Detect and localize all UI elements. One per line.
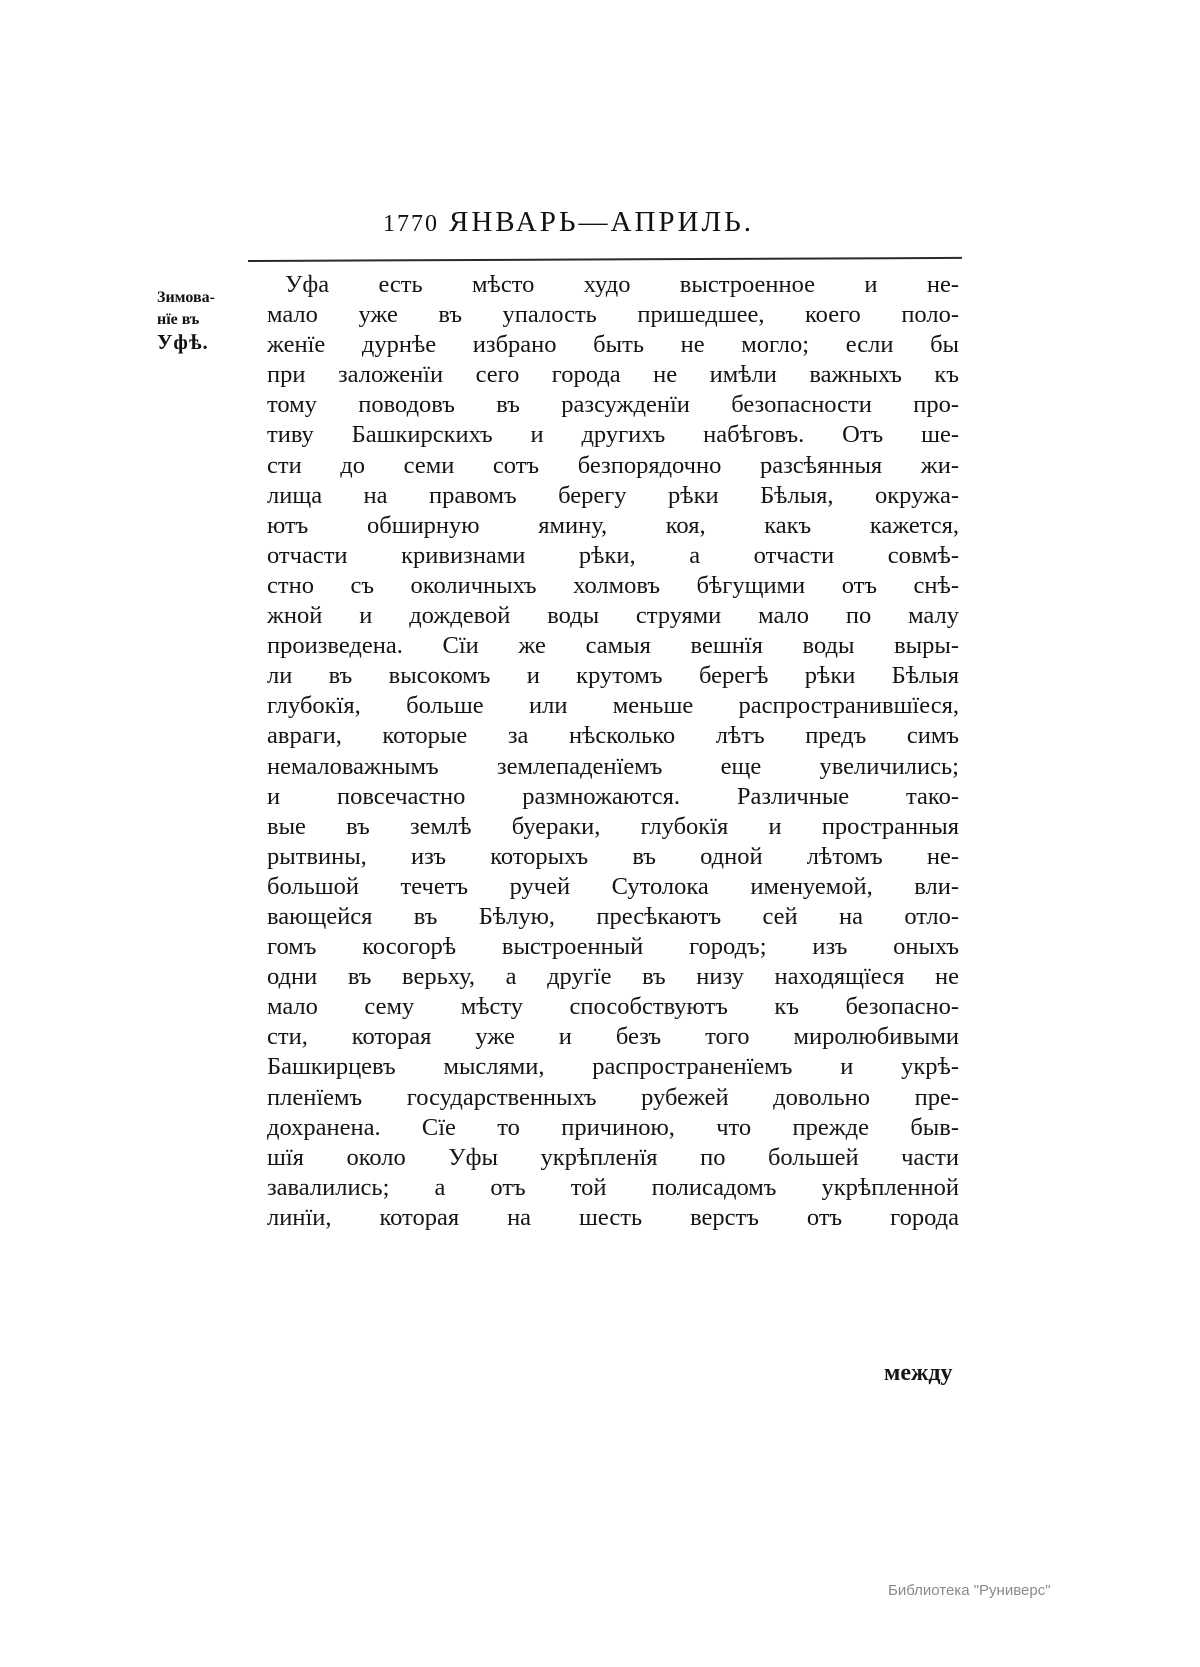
page-title: ЯНВАРЬ—АПРИЛЬ. [449, 206, 754, 238]
text-line: жной и дождевой воды струями мало по мал… [267, 601, 959, 631]
text-line: дохранена. Сїе то причиною, что прежде б… [267, 1113, 959, 1143]
text-line: лища на правомъ берегу рѣки Бѣлыя, окруж… [267, 481, 959, 511]
text-line: рытвины, изъ которыхъ въ одной лѣтомъ не… [267, 842, 959, 872]
text-line: тиву Башкирскихъ и другихъ набѣговъ. Отъ… [267, 420, 959, 450]
page-year: 1770 [383, 211, 439, 237]
running-head: 1770ЯНВАРЬ—АПРИЛЬ. [383, 206, 843, 246]
text-line: гомъ косогорѣ выстроенный городъ; изъ он… [267, 932, 959, 962]
catchword: между [884, 1360, 953, 1387]
marginal-note: Зимова- нїе въ Уфѣ. [157, 287, 237, 353]
header-rule [248, 257, 962, 262]
text-line: Уфа есть мѣсто худо выстроенное и не- [267, 270, 959, 300]
marginal-note-line: нїе въ [157, 309, 237, 331]
text-line: стно съ околичныхъ холмовъ бѣгущими отъ … [267, 571, 959, 601]
text-line: сти, которая уже и безъ того миролюбивым… [267, 1022, 959, 1052]
text-line: немаловажнымъ землепаденїемъ еще увеличи… [267, 752, 959, 782]
text-line: пленїемъ государственныхъ рубежей доволь… [267, 1083, 959, 1113]
text-line: мало сему мѣсту способствуютъ къ безопас… [267, 992, 959, 1022]
text-line: большой течетъ ручей Сутолока именуемой,… [267, 872, 959, 902]
text-line: Башкирцевъ мыслями, распространенїемъ и … [267, 1052, 959, 1082]
text-line: глубокїя, больше или меньше распространи… [267, 691, 959, 721]
text-line: линїи, которая на шесть верстъ отъ город… [267, 1203, 959, 1233]
text-line: при заложенїи сего города не имѣли важны… [267, 360, 959, 390]
text-line: завалились; а отъ той полисадомъ укрѣпле… [267, 1173, 959, 1203]
text-line: сти до семи сотъ безпорядочно разсѣянныя… [267, 451, 959, 481]
text-line: произведена. Сїи же самыя вешнїя воды вы… [267, 631, 959, 661]
text-line: вающейся въ Бѣлую, пресѣкаютъ сей на отл… [267, 902, 959, 932]
text-line: ютъ обширную ямину, коя, какъ кажется, [267, 511, 959, 541]
body-text: Уфа есть мѣсто худо выстроенное и не- ма… [267, 270, 959, 1233]
book-page: 1770ЯНВАРЬ—АПРИЛЬ. Зимова- нїе въ Уфѣ. У… [0, 0, 1200, 1667]
text-line: шїя около Уфы укрѣпленїя по большей част… [267, 1143, 959, 1173]
text-line: женїе дурнѣе избрано быть не могло; если… [267, 330, 959, 360]
text-line: вые въ землѣ буераки, глубокїя и простра… [267, 812, 959, 842]
library-watermark: Библиотека "Руниверс" [888, 1582, 1051, 1599]
text-line: авраги, которые за нѣсколько лѣтъ предъ … [267, 721, 959, 751]
text-line: мало уже въ упалость пришедшее, коего по… [267, 300, 959, 330]
text-line: отчасти кривизнами рѣки, а отчасти совмѣ… [267, 541, 959, 571]
text-line: и повсечастно размножаются. Различные та… [267, 782, 959, 812]
marginal-note-line: Зимова- [157, 287, 237, 309]
text-line: одни въ верьху, а другїе въ низу находящ… [267, 962, 959, 992]
text-line: тому поводовъ въ разсужденїи безопасност… [267, 390, 959, 420]
text-line: ли въ высокомъ и крутомъ берегѣ рѣки Бѣл… [267, 661, 959, 691]
marginal-note-line: Уфѣ. [157, 331, 237, 353]
